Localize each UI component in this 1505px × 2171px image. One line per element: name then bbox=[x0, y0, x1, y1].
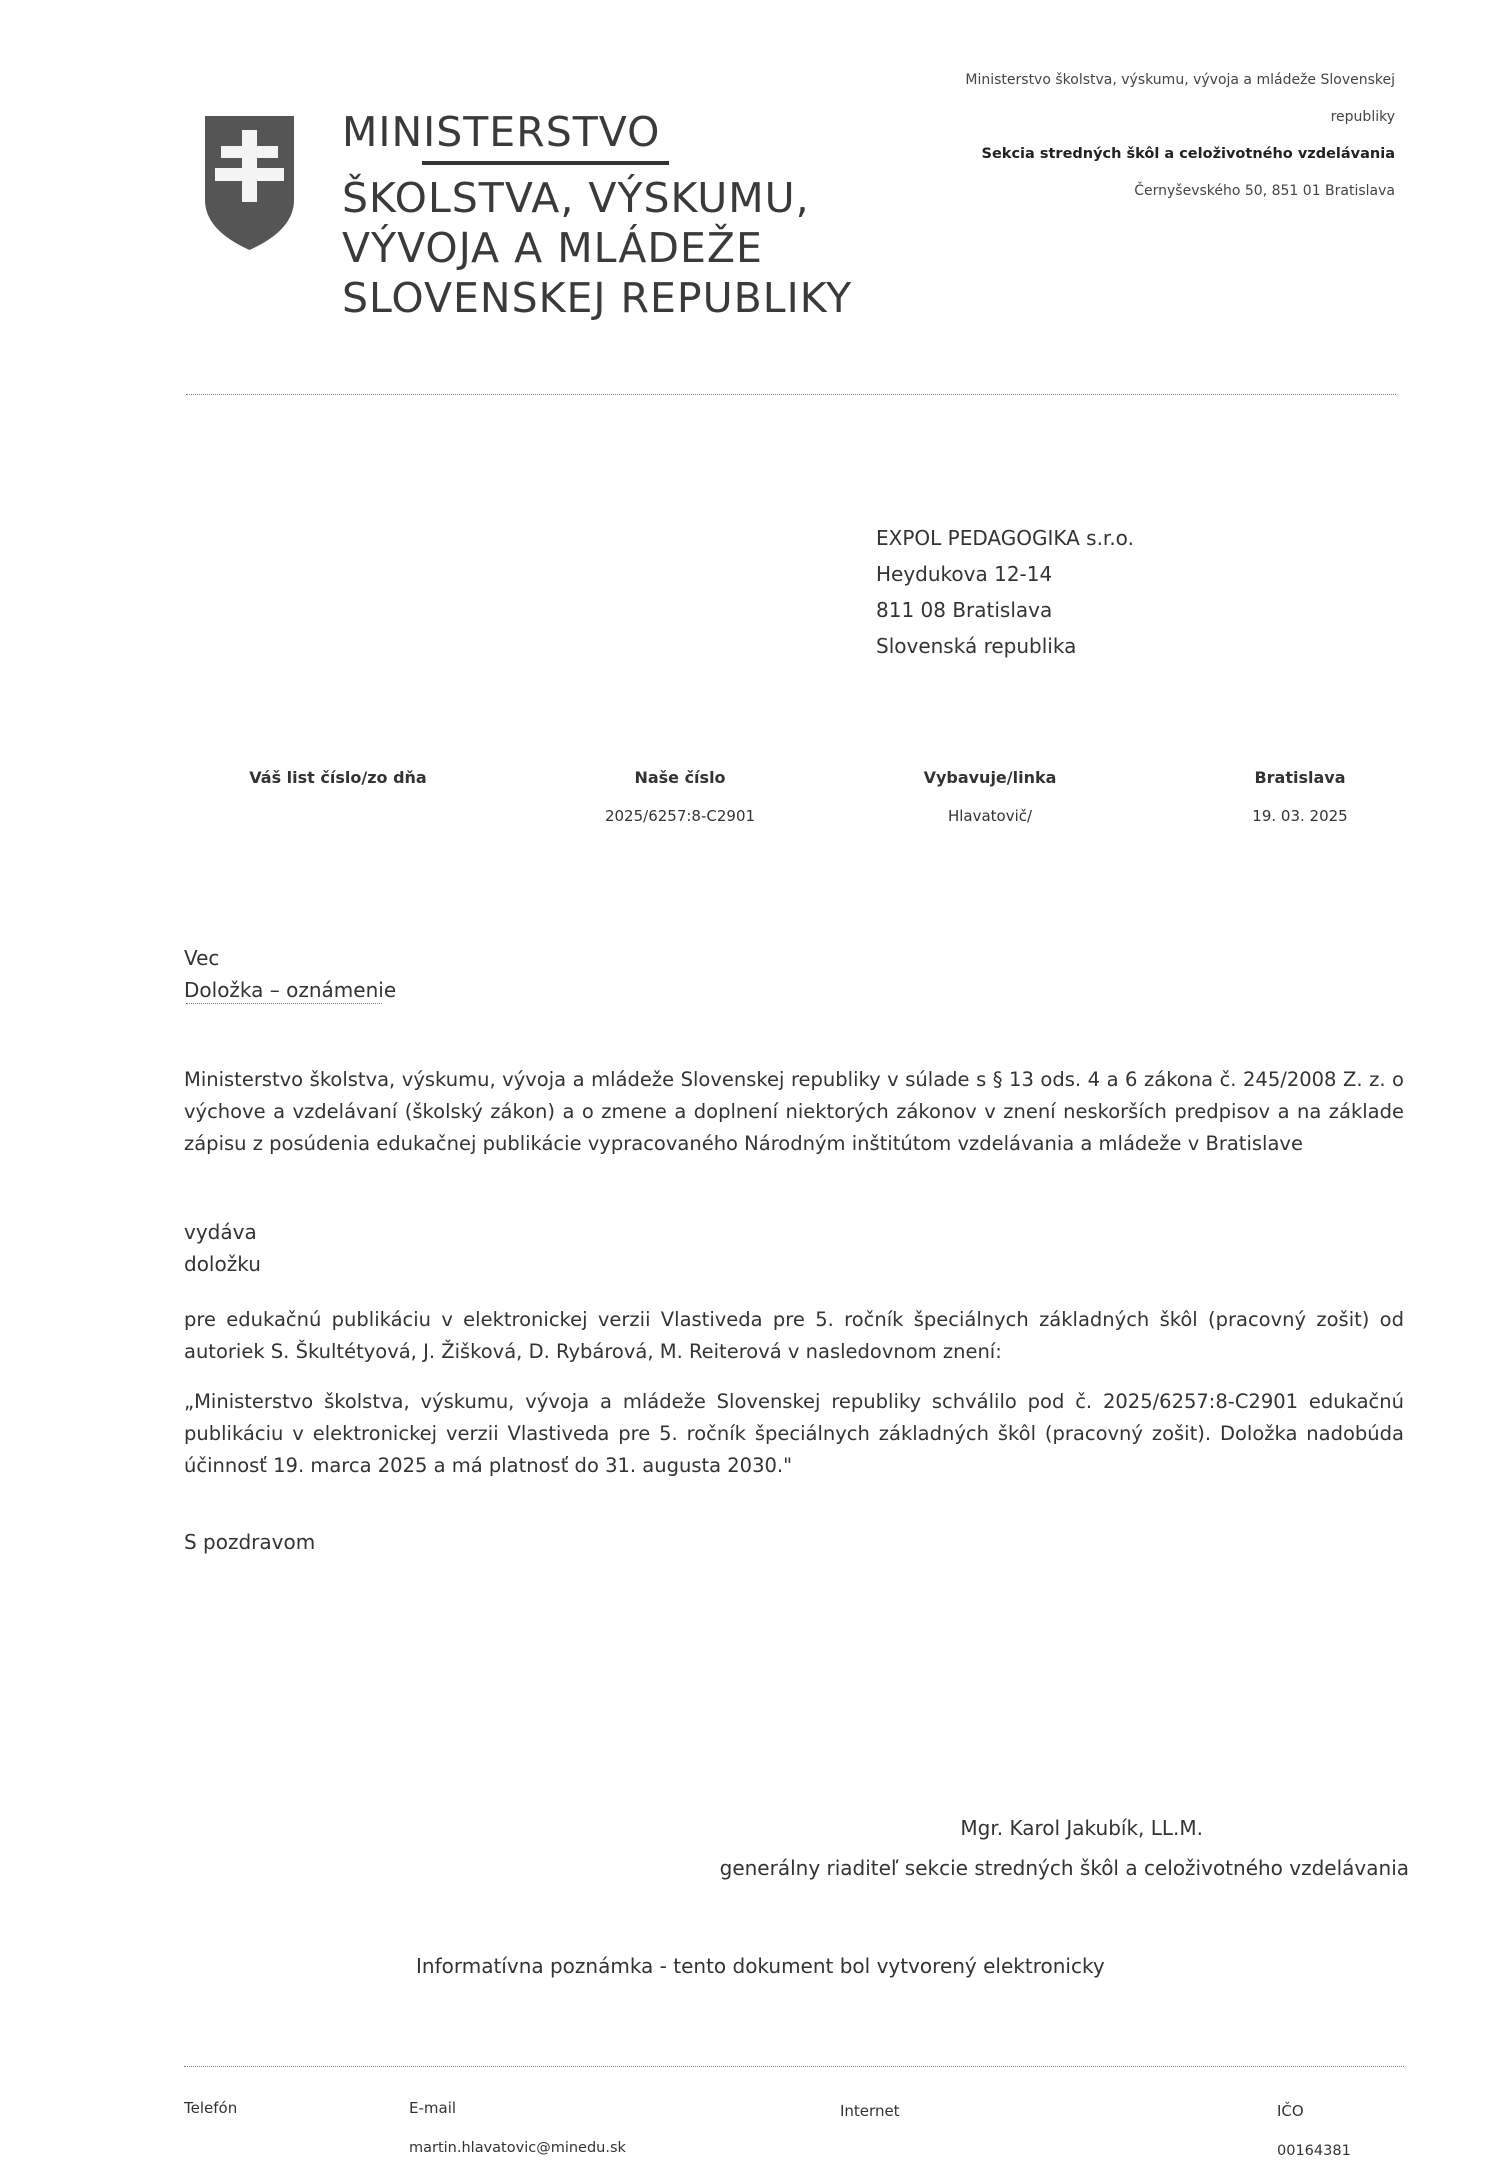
reference-label: Naše číslo bbox=[560, 768, 800, 787]
reference-value: 19. 03. 2025 bbox=[1220, 807, 1380, 825]
footer-email-label: E-mail bbox=[409, 2099, 456, 2117]
sender-address-block: Ministerstvo školstva, výskumu, vývoja a… bbox=[835, 62, 1395, 210]
header-divider bbox=[186, 394, 1396, 395]
body-paragraph-2: pre edukačnú publikáciu v elektronickej … bbox=[184, 1304, 1404, 1368]
footer-phone-label: Telefón bbox=[184, 2099, 237, 2117]
issue-block: vydáva doložku bbox=[184, 1216, 261, 1280]
footer-internet-label: Internet bbox=[840, 2102, 900, 2120]
sender-ministry-line1: Ministerstvo školstva, výskumu, vývoja a… bbox=[835, 62, 1395, 99]
subject-block: Vec Doložka – oznámenie bbox=[184, 942, 396, 1006]
logo-divider bbox=[422, 161, 669, 165]
body-paragraph-1: Ministerstvo školstva, výskumu, vývoja a… bbox=[184, 1064, 1404, 1160]
sender-section: Sekcia stredných škôl a celoživotného vz… bbox=[835, 136, 1395, 173]
logo-line-3: VÝVOJA A MLÁDEŽE bbox=[342, 223, 942, 273]
footer-email-value[interactable]: martin.hlavatovic@minedu.sk bbox=[409, 2140, 626, 2156]
reference-value: Hlavatovič/ bbox=[880, 807, 1100, 825]
reference-place-date: Bratislava 19. 03. 2025 bbox=[1220, 768, 1380, 825]
recipient-name: EXPOL PEDAGOGIKA s.r.o. bbox=[876, 520, 1134, 556]
informative-note: Informatívna poznámka - tento dokument b… bbox=[416, 1954, 1105, 1978]
issue-line-1: vydáva bbox=[184, 1216, 261, 1248]
issue-line-2: doložku bbox=[184, 1248, 261, 1280]
signature-block: Mgr. Karol Jakubík, LL.M. generálny riad… bbox=[720, 1808, 1409, 1888]
subject-title: Doložka – oznámenie bbox=[184, 974, 396, 1006]
body-paragraph-3-quote: „Ministerstvo školstva, výskumu, vývoja … bbox=[184, 1386, 1404, 1482]
subject-label: Vec bbox=[184, 942, 396, 974]
signatory-title: generálny riaditeľ sekcie stredných škôl… bbox=[720, 1848, 1409, 1888]
footer-divider bbox=[184, 2066, 1404, 2067]
sender-address: Černyševského 50, 851 01 Bratislava bbox=[835, 173, 1395, 210]
greeting: S pozdravom bbox=[184, 1530, 315, 1554]
reference-your-letter: Váš list číslo/zo dňa bbox=[238, 768, 438, 807]
signatory-name: Mgr. Karol Jakubík, LL.M. bbox=[720, 1808, 1203, 1848]
reference-handled-by: Vybavuje/linka Hlavatovič/ bbox=[880, 768, 1100, 825]
reference-label: Vybavuje/linka bbox=[880, 768, 1100, 787]
reference-label: Váš list číslo/zo dňa bbox=[238, 768, 438, 787]
recipient-city: 811 08 Bratislava bbox=[876, 592, 1134, 628]
sender-ministry-line2: republiky bbox=[835, 99, 1395, 136]
recipient-country: Slovenská republika bbox=[876, 628, 1134, 664]
reference-label: Bratislava bbox=[1220, 768, 1380, 787]
subject-underline bbox=[186, 1003, 382, 1004]
footer-ico-label: IČO bbox=[1277, 2102, 1304, 2120]
reference-our-number: Naše číslo 2025/6257:8-C2901 bbox=[560, 768, 800, 825]
reference-value: 2025/6257:8-C2901 bbox=[560, 807, 800, 825]
logo-line-4: SLOVENSKEJ REPUBLIKY bbox=[342, 273, 942, 323]
recipient-street: Heydukova 12-14 bbox=[876, 556, 1134, 592]
footer-ico-value: 00164381 bbox=[1277, 2143, 1351, 2159]
recipient-address-block: EXPOL PEDAGOGIKA s.r.o. Heydukova 12-14 … bbox=[876, 520, 1134, 664]
slovak-coat-of-arms-shield-icon bbox=[203, 112, 296, 252]
